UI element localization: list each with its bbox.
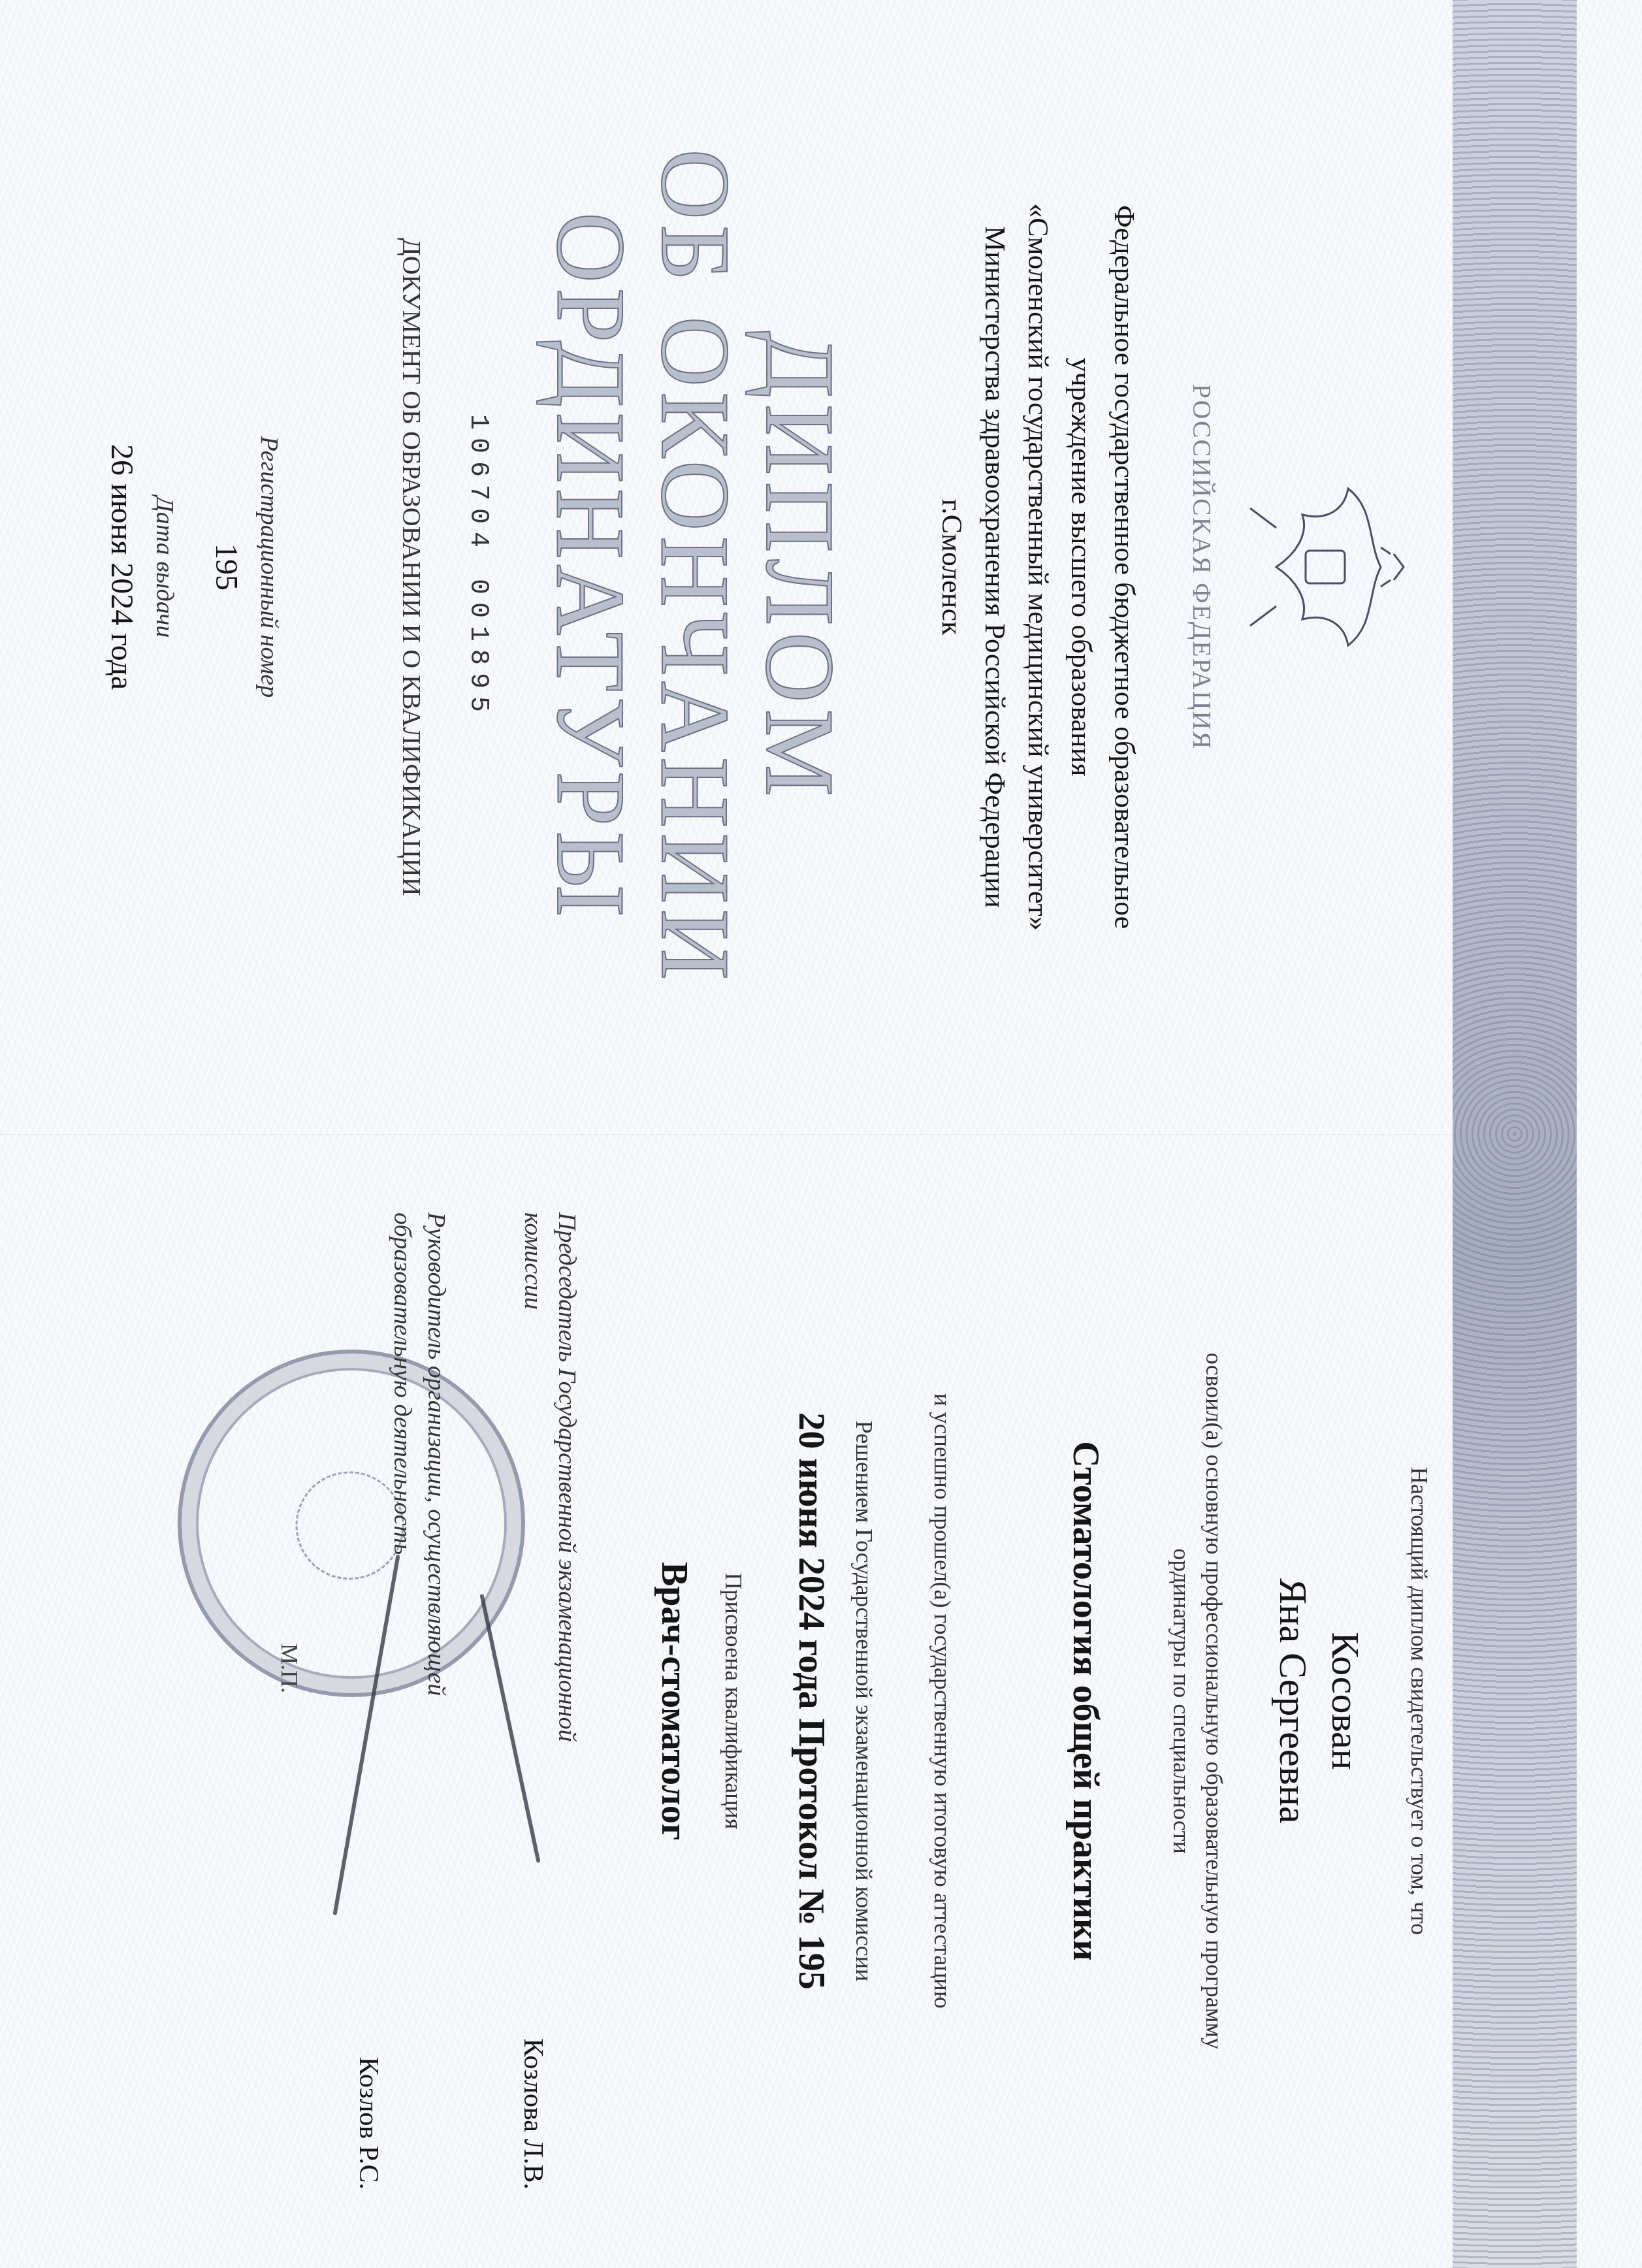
diploma-title-line-2: ОБ ОКОНЧАНИИ xyxy=(643,0,747,1134)
graduate-given-names: Яна Сергеевна xyxy=(1270,1134,1315,2268)
signatory-name: Козлов Р.С. xyxy=(351,2057,385,2190)
signature-block-chair: Председатель Государственной экзаменацио… xyxy=(516,1212,584,2190)
attestation-text: и успешно прошел(а) государственную итог… xyxy=(929,1134,956,2268)
issue-date-label: Дата выдачи xyxy=(150,0,179,1134)
qualification-label: Присвоена квалификация xyxy=(720,1134,747,2268)
right-page: Настоящий диплом свидетельствует о том, … xyxy=(0,1134,1453,2268)
diploma-title-line-3: ОРДИНАТУРЫ xyxy=(538,0,643,1134)
signature-role: Председатель Государственной экзаменацио… xyxy=(516,1212,584,1800)
intro-text: Настоящий диплом свидетельствует о том, … xyxy=(1406,1134,1433,2268)
signature-role: Руководитель организации, осуществляющей… xyxy=(385,1212,453,1709)
registration-number: 195 xyxy=(208,0,244,1134)
specialty: Стоматология общей практики xyxy=(1065,1134,1106,2268)
country-name: РОССИЙСКАЯ ФЕДЕРАЦИЯ xyxy=(1187,0,1217,1134)
commission-decision: Решением Государственной экзаменационной… xyxy=(850,1134,878,2268)
diploma-sheet: РОССИЙСКАЯ ФЕДЕРАЦИЯ Федеральное государ… xyxy=(0,0,1642,2268)
issue-date: 26 июня 2024 года xyxy=(104,0,140,1134)
graduate-surname: Косован xyxy=(1323,1134,1368,2268)
signature-block-rector: Руководитель организации, осуществляющей… xyxy=(351,1212,453,2190)
signatory-name: Козлова Л.В. xyxy=(516,2039,550,2190)
registration-label: Регистрационный номер xyxy=(255,0,283,1134)
document-type: ДОКУМЕНТ ОБ ОБРАЗОВАНИИ И О КВАЛИФИКАЦИИ xyxy=(396,0,427,1134)
qualification: Врач-стоматолог xyxy=(653,1134,695,2268)
russian-coat-of-arms-icon xyxy=(1237,469,1407,665)
security-pattern-band xyxy=(1453,0,1577,2268)
protocol-info: 20 июня 2024 года Протокол № 195 xyxy=(790,1134,832,2268)
diploma-title-line-1: ДИПЛОМ xyxy=(747,0,852,1134)
serial-number: 106704 001895 xyxy=(463,0,492,1134)
program-text: освоил(а) основную профессиональную обра… xyxy=(1165,1134,1231,2268)
left-page: РОССИЙСКАЯ ФЕДЕРАЦИЯ Федеральное государ… xyxy=(0,0,1453,1134)
institution-name: Федеральное государственное бюджетное об… xyxy=(930,0,1146,1134)
stamp-place-label: М.П. xyxy=(276,1644,303,1693)
